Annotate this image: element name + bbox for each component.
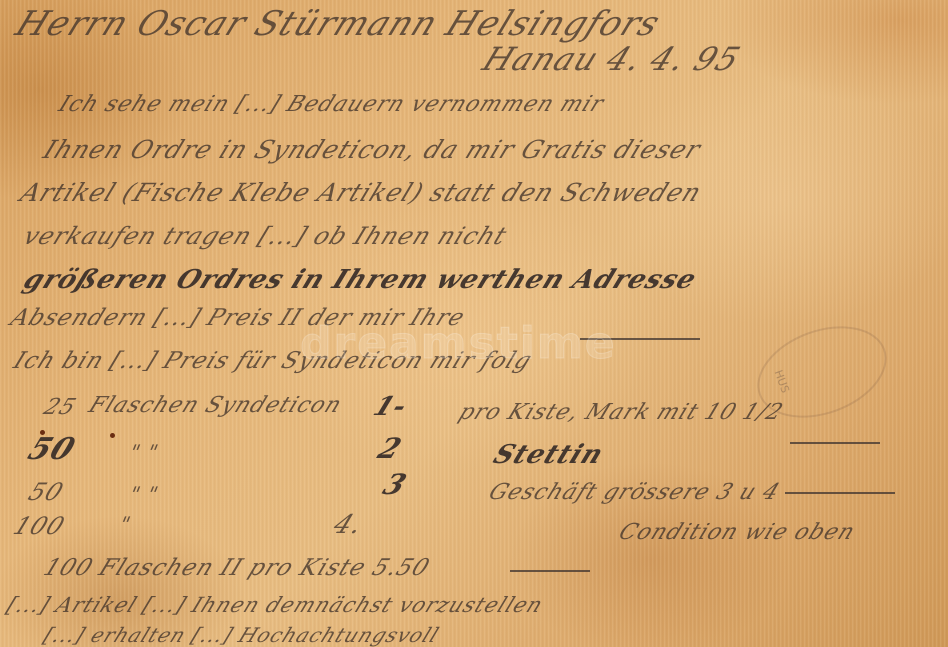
price-note: Geschäft grössere 3 u 4 xyxy=(485,480,784,505)
closing-line: [...] erhalten [...] Hochachtungsvoll xyxy=(40,623,443,647)
underline-stroke xyxy=(790,442,880,444)
closing-line: 100 Flaschen II pro Kiste 5.50 xyxy=(40,555,434,581)
ink-stain xyxy=(110,433,115,438)
price-qty: 100 xyxy=(9,512,69,540)
letter-line: Ich sehe mein [...] Bedauern vernommen m… xyxy=(55,92,608,117)
price-note: Condition wie oben xyxy=(615,520,859,545)
price-item: " " xyxy=(125,482,162,506)
price-value: 4. xyxy=(329,510,368,540)
stock-watermark: dreamstime xyxy=(300,318,617,369)
closing-line: [...] Artikel [...] Ihnen demnächst vorz… xyxy=(3,593,547,617)
price-value: 1- xyxy=(369,392,412,422)
price-note: pro Kiste, Mark mit 10 1/2 xyxy=(455,400,787,425)
price-qty: 25 xyxy=(40,395,80,420)
date-line: Hanau 4. 4. 95 xyxy=(477,40,746,78)
underline-stroke xyxy=(510,570,590,572)
aged-letter-photo: HUS Herrn Oscar Stürmann Helsingfors Han… xyxy=(0,0,948,647)
price-note: Stettin xyxy=(489,440,608,470)
price-qty: 50 xyxy=(24,478,68,506)
price-item: Flaschen Syndeticon xyxy=(85,393,346,418)
salutation: Herrn Oscar Stürmann Helsingfors xyxy=(10,4,666,44)
underline-stroke xyxy=(785,492,895,494)
price-item: " " xyxy=(125,440,162,464)
price-value: 2 xyxy=(373,432,407,465)
price-item: " xyxy=(115,512,135,536)
letter-line: größeren Ordres in Ihrem werthen Adresse xyxy=(19,265,701,295)
letter-line: Ihnen Ordre in Syndeticon, da mir Gratis… xyxy=(39,135,706,164)
letter-line: verkaufen tragen [...] ob Ihnen nicht xyxy=(19,222,511,250)
price-value: 3 xyxy=(378,468,412,501)
price-qty: 50 xyxy=(23,432,81,467)
letter-line: Artikel (Fische Klebe Artikel) statt den… xyxy=(16,178,706,207)
